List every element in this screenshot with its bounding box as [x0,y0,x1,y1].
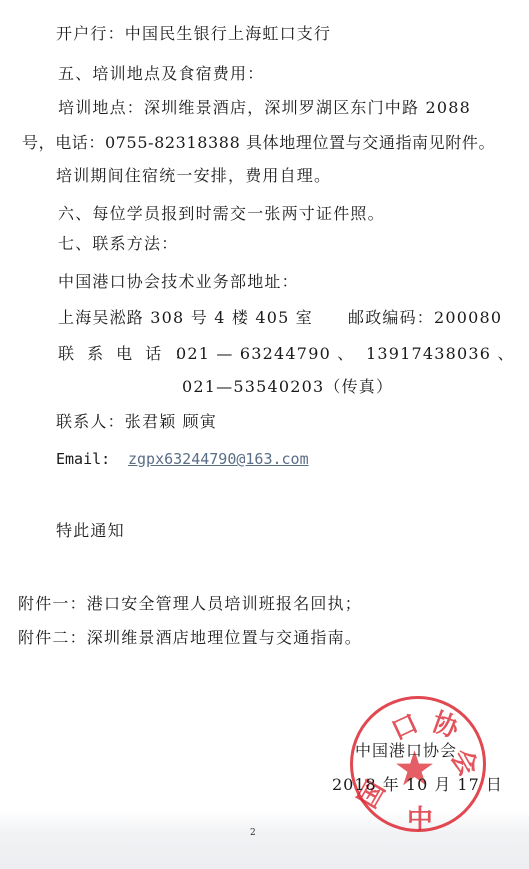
postcode: 邮政编码：200080 [348,308,502,328]
contacts-line: 联系人：张君颖 顾寅 [56,412,217,432]
dept-address-label: 中国港口协会技术业务部地址： [58,272,299,292]
phone-1: 021 — 63244790 、 [176,344,354,364]
venue-line-1: 培训地点：深圳维景酒店，深圳罗湖区东门中路 2088 [58,98,471,118]
attachment-2: 附件二：深圳维景酒店地理位置与交通指南。 [18,628,362,648]
phone-label: 联 系 电 话 ： [58,344,194,364]
signature-organization: 中国港口协会 [355,741,457,761]
bank-line: 开户行：中国民生银行上海虹口支行 [56,24,331,44]
seal-char: 协 [427,702,464,746]
venue-line-2: 号，电话：0755-82318388 具体地理位置与交通指南见附件。 [22,133,495,153]
address-line: 上海吴淞路 308 号 4 楼 405 室 [58,308,313,328]
section-5-title: 五、培训地点及食宿费用： [58,64,264,84]
email-link[interactable]: zgpx63244790@163.com [128,449,309,469]
attachment-1: 附件一：港口安全管理人员培训班报名回执； [18,594,362,614]
section-7-title: 七、联系方法： [58,234,178,254]
signature-date: 2018 年 10 月 17 日 [332,775,503,795]
section-6: 六、每位学员报到时需交一张两寸证件照。 [58,204,385,224]
page-number: 2 [250,828,256,838]
email-label: Email: [56,449,110,469]
closing-notice: 特此通知 [56,521,125,541]
page-bottom-shade [0,810,529,869]
accommodation-line: 培训期间住宿统一安排，费用自理。 [56,166,331,186]
phone-2: 13917438036 、 [366,344,515,364]
fax-line: 021—53540203（传真） [182,377,393,397]
